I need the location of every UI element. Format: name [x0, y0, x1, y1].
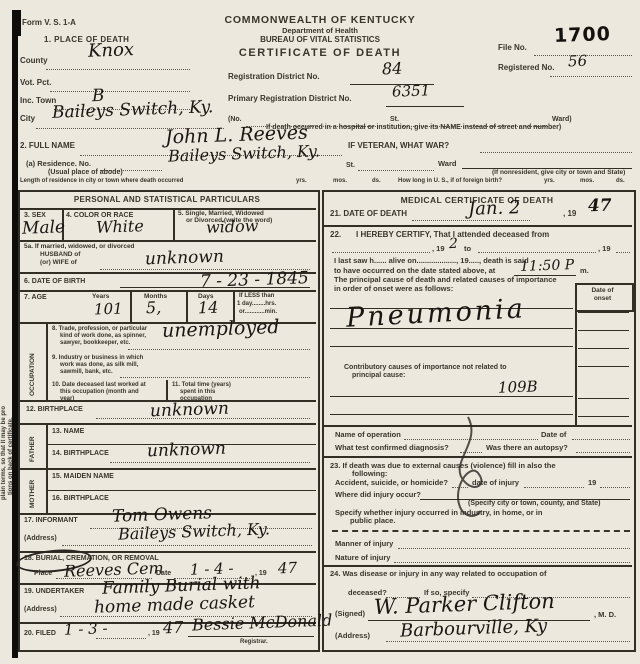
death-certificate-scan: Form V. S. 1-A 1. PLACE OF DEATH COMMONW… — [0, 0, 640, 664]
age-less2: 1 day........hrs. — [237, 301, 276, 307]
onset-line — [578, 398, 629, 399]
rule — [186, 290, 188, 322]
length-note: Length of residence in city or town wher… — [20, 178, 183, 184]
form-code: Form V. S. 1-A — [22, 19, 76, 27]
occ9-label1: 9. Industry or business in which — [52, 355, 143, 361]
filed-label: 20. FILED — [24, 630, 56, 637]
manner-label: Manner of injury — [335, 540, 393, 548]
rule — [46, 490, 316, 491]
age-less1: If LESS than — [239, 293, 274, 299]
manner-line — [398, 548, 630, 549]
filed-date-value: 1 - 3 - — [64, 621, 108, 638]
pen-flourish — [430, 415, 510, 525]
section-dashed-divider — [332, 530, 630, 532]
county-value: Knox — [88, 41, 135, 61]
time-of-death: 11:50 P — [520, 258, 575, 274]
residence-label: (a) Residence. No. — [26, 160, 91, 168]
occ8-label2: kind of work done, as spinner, — [60, 333, 146, 339]
external-label2: following: — [352, 470, 387, 478]
mother-bp-label: 16. BIRTHPLACE — [52, 495, 109, 502]
undertaker-address-label: (Address) — [24, 606, 57, 613]
physician-address: Barbourville, Ky — [400, 617, 548, 640]
header-certificate: CERTIFICATE OF DEATH — [200, 48, 440, 59]
cause-line — [330, 396, 573, 397]
vot-pct-line — [50, 91, 190, 92]
length-mos: mos. — [333, 178, 347, 184]
contrib-label2: principal cause: — [352, 372, 405, 379]
father-bp-value: unknown — [147, 441, 226, 461]
md-label: , M. D. — [594, 611, 616, 619]
principal-text2: in order of onset were as follows: — [334, 285, 453, 293]
father-bp-line — [110, 462, 310, 463]
certify-y19b: , 19 — [598, 245, 611, 253]
header-department: Department of Health — [200, 27, 440, 35]
occurred-text: to have occurred on the date stated abov… — [334, 267, 495, 275]
onset-line — [578, 312, 629, 313]
onset-line — [578, 348, 629, 349]
occ8-label3: sawyer, bookkeeper, etc. — [60, 340, 130, 346]
header-bureau: BUREAU OF VITAL STATISTICS — [200, 36, 440, 44]
principal-text1: The principal cause of death and related… — [334, 276, 557, 284]
filed-date-line — [96, 638, 146, 639]
physician-address-label: (Address) — [335, 632, 370, 640]
burial-year-value: 47 — [278, 561, 298, 577]
rule — [46, 423, 48, 468]
file-no-label: File No. — [498, 44, 527, 52]
rule — [18, 423, 316, 425]
rule — [130, 290, 132, 322]
informant-address-line — [62, 545, 312, 546]
dob-line — [120, 287, 310, 288]
rule — [18, 290, 316, 292]
city-st-label: St. — [390, 116, 399, 123]
specify-label2: public place. — [350, 517, 395, 525]
contrib-label1: Contributory causes of importance not re… — [344, 364, 507, 371]
birthplace-line — [96, 418, 310, 419]
burial-place-label: Place — [34, 570, 52, 577]
onset-line — [578, 330, 629, 331]
age-days-value: 14 — [198, 300, 219, 317]
residence-value: Baileys Switch, Ky. — [168, 143, 320, 164]
reg-district-label: Registration District No. — [228, 73, 320, 81]
margin-note-2: tions on back of certificate. — [8, 417, 14, 495]
time-m-label: m. — [580, 267, 589, 275]
age-label: 7. AGE — [24, 294, 47, 301]
registrar-label: Registrar. — [240, 639, 268, 645]
file-no-value: 1700 — [554, 25, 612, 46]
filed-year-value: 47 — [163, 620, 184, 637]
cause-line — [330, 346, 573, 347]
father-side-label: FATHER — [30, 436, 37, 462]
length-ds: ds. — [372, 178, 381, 184]
autopsy-line — [576, 452, 630, 453]
where-label: Where did injury occur? — [335, 491, 421, 499]
registrar-line — [188, 636, 314, 637]
occ10-label2: this occupation (month and — [60, 389, 139, 395]
length-yrs: yrs. — [296, 178, 307, 184]
father-bp-label: 14. BIRTHPLACE — [52, 450, 109, 457]
maiden-name-label: 15. MAIDEN NAME — [52, 473, 114, 480]
operation-label: Name of operation — [335, 431, 401, 439]
rule — [575, 308, 577, 425]
spouse-label1: 5a. If married, widowed, or divorced — [24, 244, 135, 251]
personal-title: PERSONAL AND STATISTICAL PARTICULARS — [18, 196, 316, 204]
city-value: Baileys Switch, Ky. — [52, 99, 214, 122]
color-value: White — [96, 218, 144, 236]
rule — [322, 225, 632, 227]
occ9-label2: work was done, as silk mill, — [60, 362, 138, 368]
occupation-side-label: OCCUPATION — [30, 353, 37, 396]
undertaker-label: 19. UNDERTAKER — [24, 588, 84, 595]
occ11-label1: 11. Total time (years) — [172, 382, 231, 388]
dod-year-value: 47 — [588, 198, 612, 216]
registered-no-label: Registered No. — [498, 64, 554, 72]
residence-st-line — [358, 170, 434, 171]
nature-line — [394, 562, 630, 563]
onset-line — [578, 366, 629, 367]
city-label: City — [20, 115, 35, 123]
injury-date-line — [524, 487, 584, 488]
city-no-label: (No. — [228, 116, 242, 123]
signed-label: (Signed) — [335, 610, 365, 618]
age-months-value: 5, — [146, 300, 162, 317]
certify-number: 22. — [330, 231, 341, 239]
hospital-note: If death occurred in a hospital or insti… — [266, 124, 561, 131]
informant-address-label: (Address) — [24, 535, 57, 542]
dod-value: Jan. 2 — [468, 199, 521, 219]
primary-district-value: 6351 — [392, 83, 431, 99]
primary-district-line — [386, 106, 464, 107]
onset-line — [578, 416, 629, 417]
certify-mark: 2 — [449, 237, 458, 251]
reg-district-value: 84 — [382, 61, 403, 78]
rule — [322, 565, 632, 567]
abode-note: (Usual place of abode) — [48, 169, 123, 176]
rule — [18, 240, 316, 242]
residence-ward-label: Ward — [438, 160, 456, 168]
physician-address-line — [386, 641, 630, 642]
occ9-label3: sawmill, bank, etc. — [60, 369, 113, 375]
margin-note-1: plain terms, so that it may be pro — [1, 406, 7, 500]
us-yrs: yrs. — [544, 178, 555, 184]
county-label: County — [20, 57, 48, 65]
age-years-value: 101 — [94, 302, 123, 318]
nature-label: Nature of injury — [335, 554, 390, 562]
onset-label2: onset — [575, 296, 630, 303]
occupation-value: unemployed — [162, 318, 280, 341]
county-line — [46, 69, 190, 70]
occ9-line — [120, 377, 310, 378]
vot-pct-label: Vot. Pct. — [20, 79, 51, 87]
occ11-label2: spent in this — [180, 389, 215, 395]
informant-label: 17. INFORMANT — [24, 517, 78, 524]
nonresident-note: (If nonresident, give city or town and S… — [492, 170, 625, 177]
certify-blank1 — [332, 252, 430, 253]
full-name-label: 2. FULL NAME — [20, 142, 75, 150]
registered-no-line — [550, 76, 632, 77]
birthplace-label: 12. BIRTHPLACE — [26, 406, 83, 413]
marital-value: widow — [206, 218, 259, 236]
rule — [18, 468, 316, 470]
certify-y19a: , 19 — [432, 245, 445, 253]
spouse-label3: (or) WIFE of — [40, 260, 77, 267]
rule — [46, 322, 48, 400]
spouse-value: unknown — [145, 249, 224, 269]
mother-side-label: MOTHER — [30, 480, 37, 508]
last-saw-text: I last saw h...... alive on.............… — [334, 257, 529, 265]
primary-district-label: Primary Registration District No. — [228, 95, 352, 103]
dateof-label: Date of — [541, 431, 566, 439]
occupation-related-label: 24. Was disease or injury in any way rel… — [330, 570, 546, 578]
rule — [166, 380, 168, 400]
veteran-line — [480, 152, 632, 153]
registered-no-value: 56 — [568, 54, 588, 70]
dob-label: 6. DATE OF BIRTH — [24, 278, 85, 285]
us-note: How long in U. S., if of foreign birth? — [398, 178, 502, 184]
scan-edge-bar-top — [12, 10, 21, 36]
rule — [173, 208, 175, 240]
dod-label: 21. DATE OF DEATH — [330, 210, 407, 218]
occ8-line — [128, 349, 310, 350]
onset-label1: Date of — [575, 288, 630, 295]
filed-year-prefix: , 19 — [148, 630, 160, 637]
certify-blank3 — [616, 252, 630, 253]
contrib-code: 109B — [498, 379, 538, 395]
father-name-label: 13. NAME — [52, 428, 84, 435]
injury-year-label: 19 — [588, 479, 596, 487]
certify-to: to — [464, 245, 471, 253]
dod-year-prefix: , 19 — [563, 210, 576, 218]
sex-value: Male — [22, 219, 66, 237]
occ8-label1: 8. Trade, profession, or particular — [52, 326, 147, 332]
header-commonwealth: COMMONWEALTH OF KENTUCKY — [200, 15, 440, 26]
residence-st-label: St. — [346, 162, 355, 169]
veteran-label: IF VETERAN, WHAT WAR? — [348, 142, 449, 150]
age-less3: or............min. — [239, 309, 277, 315]
city-ward-label: Ward) — [552, 116, 572, 123]
occ10-label1: 10. Date deceased last worked at — [52, 382, 146, 388]
dateof-line — [572, 439, 630, 440]
spouse-label2: HUSBAND of — [40, 252, 80, 259]
us-ds: ds. — [616, 178, 625, 184]
us-mos: mos. — [580, 178, 594, 184]
injury-year-line — [600, 487, 630, 488]
dod-line — [412, 220, 530, 221]
certify-blank2 — [478, 252, 596, 253]
